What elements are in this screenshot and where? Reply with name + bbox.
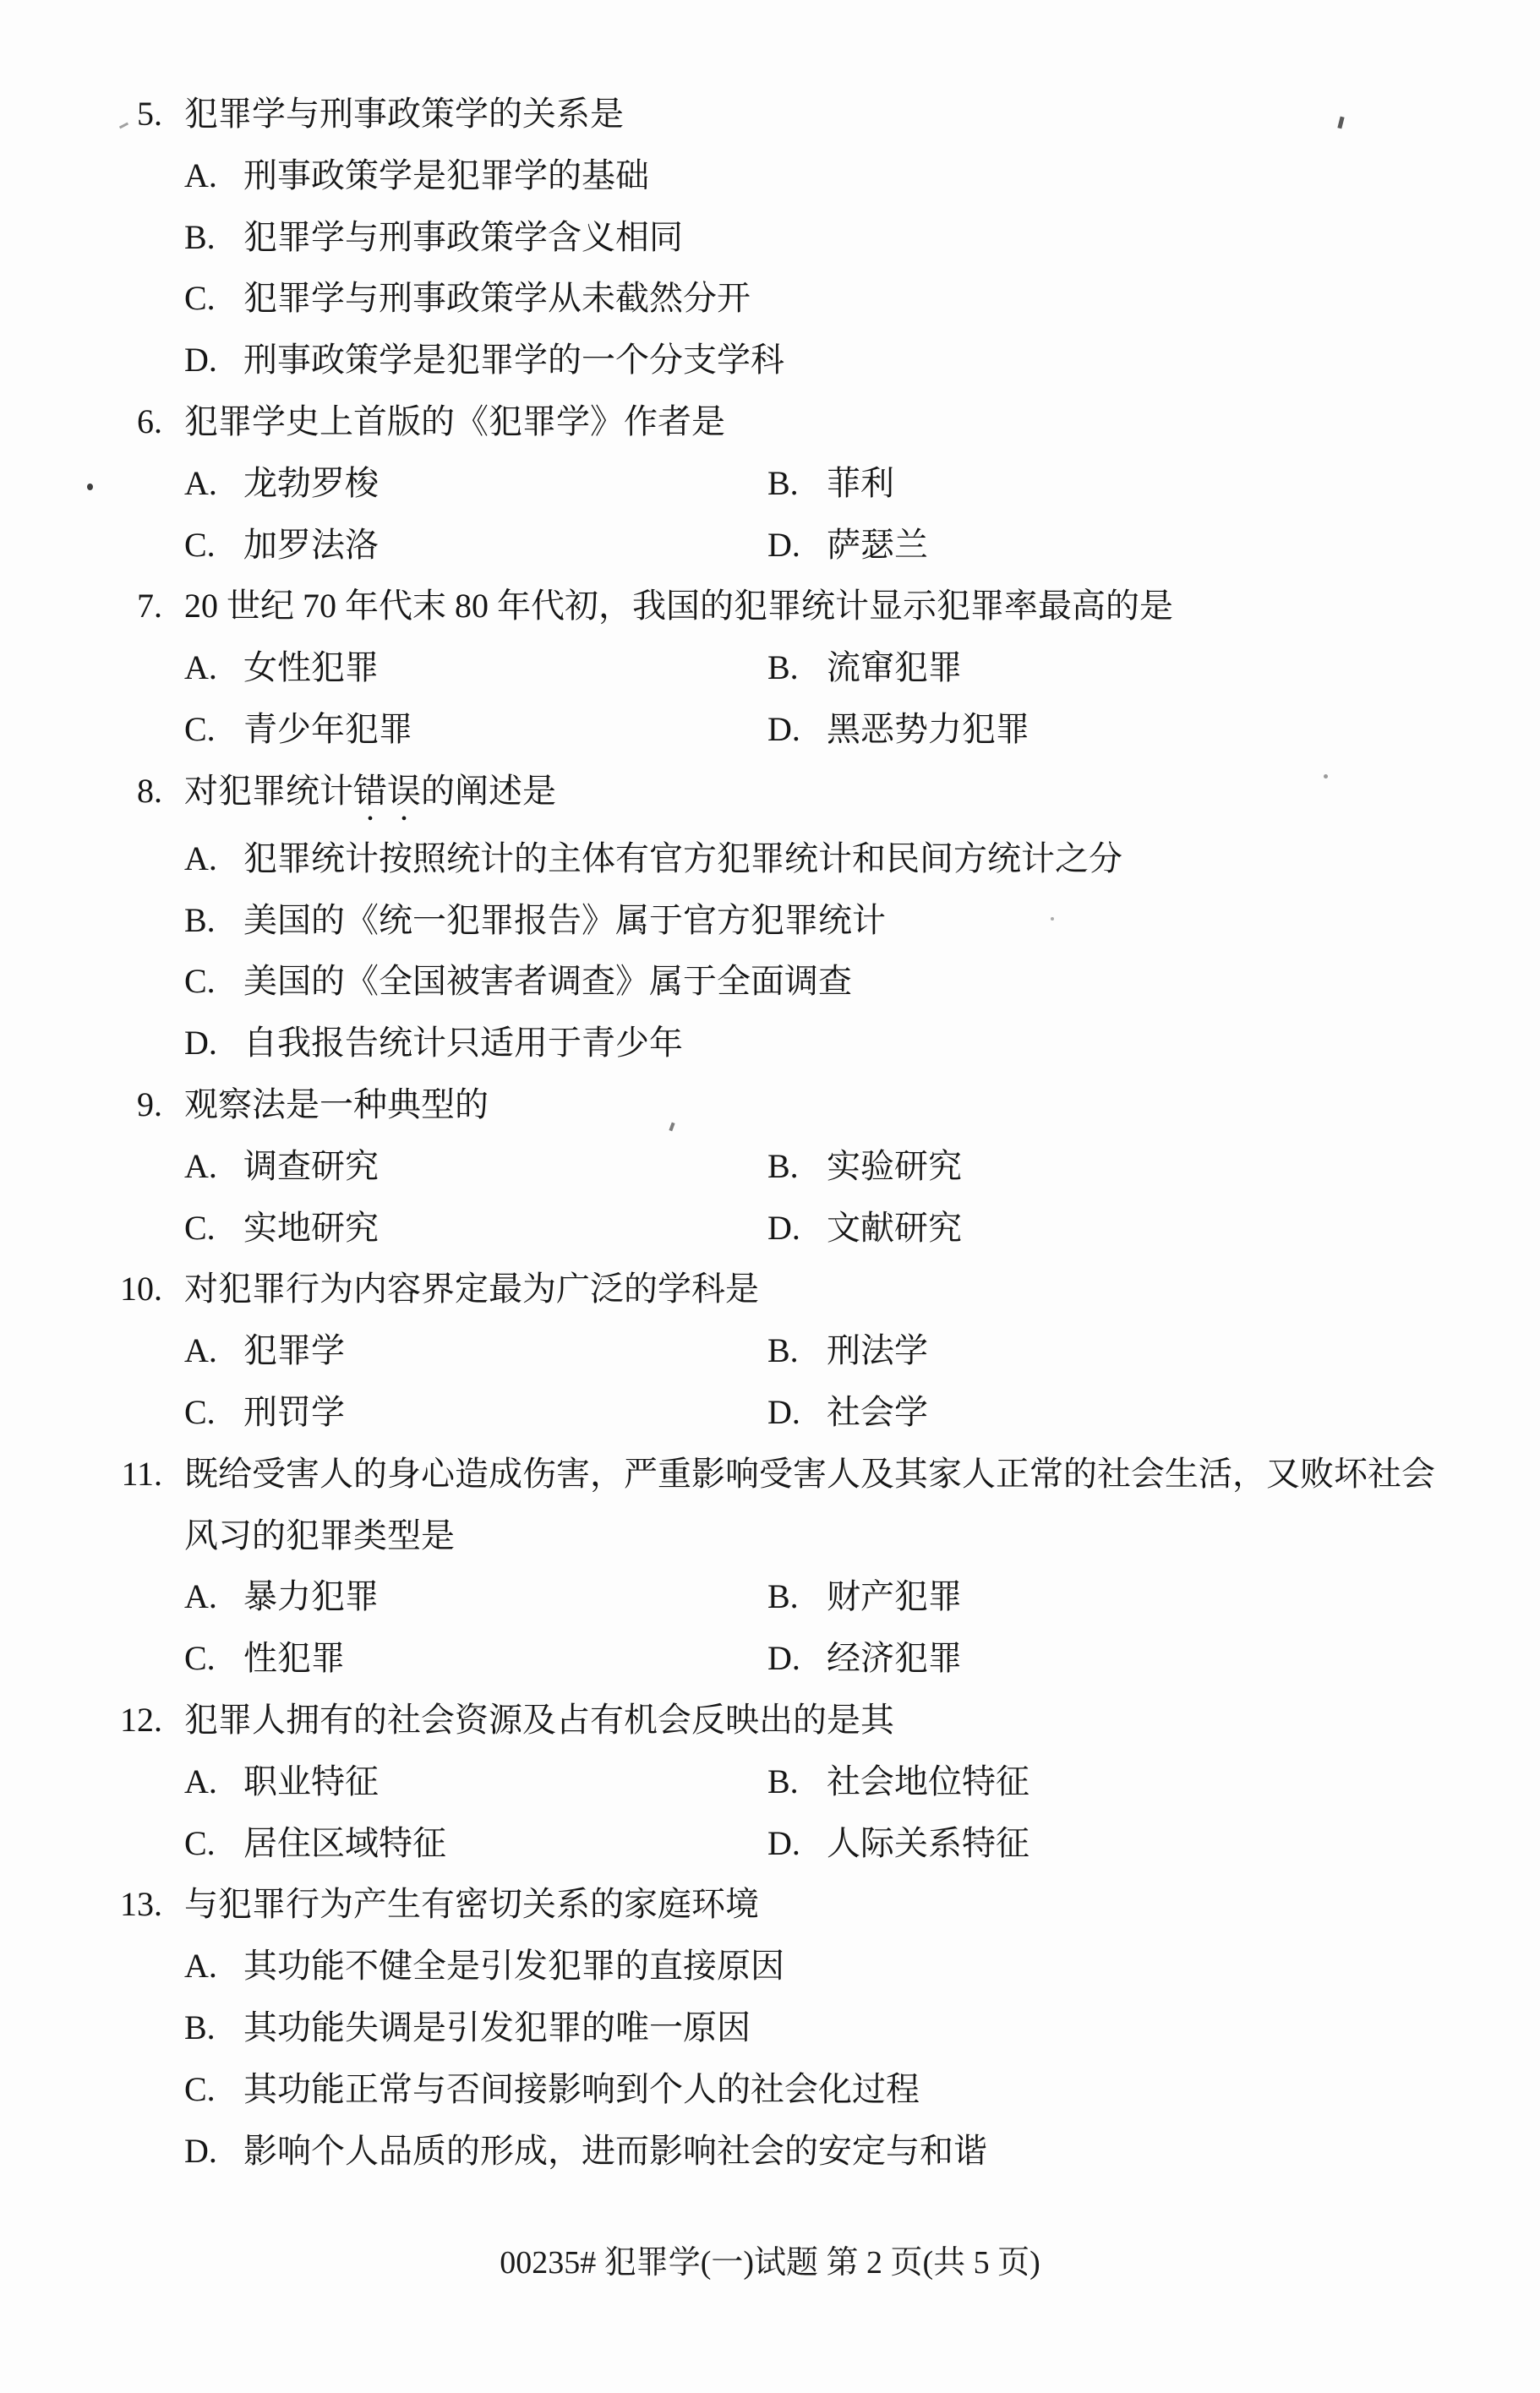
option-row: C.青少年犯罪D.黑恶势力犯罪 <box>110 699 1444 761</box>
option-row: C.实地研究D.文献研究 <box>110 1198 1444 1259</box>
option-row: A.龙勃罗梭B.菲利 <box>110 453 1444 515</box>
option-text: 菲利 <box>827 453 894 515</box>
option-letter: C. <box>184 951 243 1013</box>
option-text: 刑罚学 <box>243 1382 345 1444</box>
option: C.青少年犯罪 <box>184 699 767 761</box>
option-row: A.暴力犯罪B.财产犯罪 <box>110 1566 1444 1628</box>
option: B.刑法学 <box>767 1320 928 1382</box>
option: D.人际关系特征 <box>767 1813 1029 1875</box>
question-8: 8. 对犯罪统计错误的阐述是 A.犯罪统计按照统计的主体有官方犯罪统计和民间方统… <box>110 761 1444 1074</box>
option-row: A.其功能不健全是引发犯罪的直接原因 <box>110 1936 1444 1997</box>
option-text: 其功能不健全是引发犯罪的直接原因 <box>243 1936 784 1997</box>
option-letter: A. <box>184 1320 243 1382</box>
option-letter: A. <box>184 145 243 207</box>
question-13: 13. 与犯罪行为产生有密切关系的家庭环境 A.其功能不健全是引发犯罪的直接原因… <box>110 1874 1444 2182</box>
option: D.黑恶势力犯罪 <box>767 699 1029 761</box>
question-stem: 20 世纪 70 年代末 80 年代初，我国的犯罪统计显示犯罪率最高的是 <box>184 576 1444 637</box>
option-row: A.女性犯罪B.流窜犯罪 <box>110 637 1444 699</box>
option-letter: A. <box>184 828 243 890</box>
question-stem: 犯罪学史上首版的《犯罪学》作者是 <box>184 391 1444 453</box>
option-letter: C. <box>184 1198 243 1259</box>
option-text: 职业特征 <box>243 1751 379 1813</box>
option-letter: A. <box>184 637 243 699</box>
question-12: 12. 犯罪人拥有的社会资源及占有机会反映出的是其 A.职业特征B.社会地位特征… <box>110 1690 1444 1874</box>
option-text: 财产犯罪 <box>827 1566 962 1628</box>
option: D.萨瑟兰 <box>767 515 928 576</box>
option-letter: D. <box>184 2121 243 2183</box>
option-row: A.犯罪学B.刑法学 <box>110 1320 1444 1382</box>
option: A.调查研究 <box>184 1136 767 1198</box>
option-text: 实验研究 <box>827 1136 962 1198</box>
option-row: B.美国的《统一犯罪报告》属于官方犯罪统计 <box>110 890 1444 952</box>
option-text: 犯罪学 <box>243 1320 345 1382</box>
option-row: B.其功能失调是引发犯罪的唯一原因 <box>110 1997 1444 2059</box>
question-stem: 对犯罪统计错误的阐述是 <box>184 761 1444 828</box>
option-row: D.自我报告统计只适用于青少年 <box>110 1013 1444 1074</box>
option-row: C.其功能正常与否间接影响到个人的社会化过程 <box>110 2059 1444 2121</box>
stem-emphasis-text: 错误 <box>353 772 421 810</box>
option-text: 暴力犯罪 <box>243 1566 379 1628</box>
question-stem-row: 9. 观察法是一种典型的 <box>110 1074 1444 1136</box>
option-row: C.性犯罪D.经济犯罪 <box>110 1628 1444 1690</box>
stem-text: 20 世纪 70 年代末 80 年代初，我国的犯罪统计显示犯罪率最高的是 <box>184 587 1173 625</box>
stem-text: 犯罪学史上首版的《犯罪学》作者是 <box>184 402 725 440</box>
option: B.财产犯罪 <box>767 1566 962 1628</box>
option-text: 加罗法洛 <box>243 515 379 576</box>
option-text: 社会地位特征 <box>827 1751 1029 1813</box>
option-text: 经济犯罪 <box>827 1628 962 1690</box>
option-row: D.影响个人品质的形成，进而影响社会的安定与和谐 <box>110 2121 1444 2183</box>
option-text: 其功能失调是引发犯罪的唯一原因 <box>243 1997 751 2059</box>
option-row: A.职业特征B.社会地位特征 <box>110 1751 1444 1813</box>
option-letter: D. <box>767 1813 827 1875</box>
option-letter: B. <box>184 890 243 952</box>
question-9: 9. 观察法是一种典型的 A.调查研究B.实验研究C.实地研究D.文献研究 <box>110 1074 1444 1259</box>
stem-text: 对犯罪统计 <box>184 772 353 810</box>
question-stem: 观察法是一种典型的 <box>184 1074 1444 1136</box>
scan-artifact <box>1324 774 1328 779</box>
option-text: 实地研究 <box>243 1198 379 1259</box>
option-letter: C. <box>184 699 243 761</box>
option-text: 女性犯罪 <box>243 637 379 699</box>
option: C.犯罪学与刑事政策学从未截然分开 <box>184 268 751 330</box>
option-letter: B. <box>767 1751 827 1813</box>
page-footer: 00235# 犯罪学(一)试题 第 2 页(共 5 页) <box>0 2245 1540 2281</box>
option-text: 人际关系特征 <box>827 1813 1029 1875</box>
option-letter: C. <box>184 1813 243 1875</box>
option-text: 青少年犯罪 <box>243 699 412 761</box>
question-stem-row: 12. 犯罪人拥有的社会资源及占有机会反映出的是其 <box>110 1690 1444 1751</box>
option-text: 调查研究 <box>243 1136 379 1198</box>
option-letter: D. <box>767 1628 827 1690</box>
option: B.实验研究 <box>767 1136 962 1198</box>
option: A.犯罪统计按照统计的主体有官方犯罪统计和民间方统计之分 <box>184 828 1122 890</box>
option-row: A.调查研究B.实验研究 <box>110 1136 1444 1198</box>
option-letter: C. <box>184 1628 243 1690</box>
stem-text: 观察法是一种典型的 <box>184 1085 489 1123</box>
option-letter: A. <box>184 1751 243 1813</box>
option-text: 自我报告统计只适用于青少年 <box>243 1013 683 1074</box>
stem-text: 犯罪学与刑事政策学的关系是 <box>184 95 624 133</box>
option: C.居住区域特征 <box>184 1813 767 1875</box>
question-stem-row: 8. 对犯罪统计错误的阐述是 <box>110 761 1444 828</box>
question-stem-row: 6. 犯罪学史上首版的《犯罪学》作者是 <box>110 391 1444 453</box>
option: A.龙勃罗梭 <box>184 453 767 515</box>
question-stem: 犯罪人拥有的社会资源及占有机会反映出的是其 <box>184 1690 1444 1751</box>
option: A.职业特征 <box>184 1751 767 1813</box>
stem-text: 的阐述是 <box>421 772 556 810</box>
option-row: A.犯罪统计按照统计的主体有官方犯罪统计和民间方统计之分 <box>110 828 1444 890</box>
option-row: C.居住区域特征D.人际关系特征 <box>110 1813 1444 1875</box>
option-letter: D. <box>184 1013 243 1074</box>
option-letter: D. <box>767 1198 827 1259</box>
option-row: C.加罗法洛D.萨瑟兰 <box>110 515 1444 576</box>
question-stem-row: 10. 对犯罪行为内容界定最为广泛的学科是 <box>110 1259 1444 1320</box>
option-letter: C. <box>184 268 243 330</box>
option: B.菲利 <box>767 453 894 515</box>
option-text: 犯罪学与刑事政策学从未截然分开 <box>243 268 751 330</box>
option-letter: D. <box>767 699 827 761</box>
option: B.社会地位特征 <box>767 1751 1029 1813</box>
question-number: 6. <box>110 391 162 453</box>
question-number: 8. <box>110 761 162 822</box>
option-text: 龙勃罗梭 <box>243 453 379 515</box>
option-row: A.刑事政策学是犯罪学的基础 <box>110 145 1444 207</box>
option: B.犯罪学与刑事政策学含义相同 <box>184 207 683 269</box>
question-number: 5. <box>110 84 162 145</box>
question-10: 10. 对犯罪行为内容界定最为广泛的学科是 A.犯罪学B.刑法学C.刑罚学D.社… <box>110 1259 1444 1443</box>
option-letter: A. <box>184 1566 243 1628</box>
question-stem-row: 11. 既给受害人的身心造成伤害，严重影响受害人及其家人正常的社会生活，又败坏社… <box>110 1444 1444 1567</box>
question-stem: 既给受害人的身心造成伤害，严重影响受害人及其家人正常的社会生活，又败坏社会风习的… <box>184 1444 1444 1567</box>
question-7: 7. 20 世纪 70 年代末 80 年代初，我国的犯罪统计显示犯罪率最高的是 … <box>110 576 1444 760</box>
option-text: 黑恶势力犯罪 <box>827 699 1029 761</box>
option-text: 文献研究 <box>827 1198 962 1259</box>
option-text: 刑事政策学是犯罪学的一个分支学科 <box>243 330 784 391</box>
option-letter: C. <box>184 515 243 576</box>
question-11: 11. 既给受害人的身心造成伤害，严重影响受害人及其家人正常的社会生活，又败坏社… <box>110 1444 1444 1690</box>
scan-artifact <box>1051 917 1054 921</box>
option-letter: D. <box>184 330 243 391</box>
option: A.女性犯罪 <box>184 637 767 699</box>
question-stem: 与犯罪行为产生有密切关系的家庭环境 <box>184 1874 1444 1936</box>
option-row: C.美国的《全国被害者调查》属于全面调查 <box>110 951 1444 1013</box>
option: D.刑事政策学是犯罪学的一个分支学科 <box>184 330 784 391</box>
option-text: 流窜犯罪 <box>827 637 962 699</box>
option: C.美国的《全国被害者调查》属于全面调查 <box>184 951 852 1013</box>
exam-page: 5. 犯罪学与刑事政策学的关系是 A.刑事政策学是犯罪学的基础B.犯罪学与刑事政… <box>0 0 1540 2393</box>
option-letter: B. <box>767 1566 827 1628</box>
option-text: 刑事政策学是犯罪学的基础 <box>243 145 649 207</box>
option-letter: B. <box>184 1997 243 2059</box>
option: C.加罗法洛 <box>184 515 767 576</box>
option-letter: C. <box>184 2059 243 2121</box>
option-text: 美国的《全国被害者调查》属于全面调查 <box>243 951 852 1013</box>
option-text: 社会学 <box>827 1382 928 1444</box>
stem-text: 犯罪人拥有的社会资源及占有机会反映出的是其 <box>184 1701 894 1739</box>
question-number: 11. <box>110 1444 162 1505</box>
option: D.文献研究 <box>767 1198 962 1259</box>
option-text: 犯罪学与刑事政策学含义相同 <box>243 207 683 269</box>
question-stem: 犯罪学与刑事政策学的关系是 <box>184 84 1444 145</box>
option: B.其功能失调是引发犯罪的唯一原因 <box>184 1997 751 2059</box>
option-row: C.犯罪学与刑事政策学从未截然分开 <box>110 268 1444 330</box>
question-number: 7. <box>110 576 162 637</box>
option-letter: D. <box>767 515 827 576</box>
option-letter: D. <box>767 1382 827 1444</box>
option: B.美国的《统一犯罪报告》属于官方犯罪统计 <box>184 890 886 952</box>
option: A.刑事政策学是犯罪学的基础 <box>184 145 649 207</box>
question-6: 6. 犯罪学史上首版的《犯罪学》作者是 A.龙勃罗梭B.菲利C.加罗法洛D.萨瑟… <box>110 391 1444 576</box>
scan-artifact <box>87 484 93 490</box>
option: D.经济犯罪 <box>767 1628 962 1690</box>
option-letter: B. <box>767 1320 827 1382</box>
option-letter: B. <box>184 207 243 269</box>
question-5: 5. 犯罪学与刑事政策学的关系是 A.刑事政策学是犯罪学的基础B.犯罪学与刑事政… <box>110 84 1444 391</box>
question-stem-row: 5. 犯罪学与刑事政策学的关系是 <box>110 84 1444 145</box>
option: A.犯罪学 <box>184 1320 767 1382</box>
option-letter: B. <box>767 637 827 699</box>
option: C.刑罚学 <box>184 1382 767 1444</box>
option-text: 性犯罪 <box>243 1628 345 1690</box>
option-letter: C. <box>184 1382 243 1444</box>
option-row: B.犯罪学与刑事政策学含义相同 <box>110 207 1444 269</box>
option: C.性犯罪 <box>184 1628 767 1690</box>
option-letter: B. <box>767 453 827 515</box>
option-letter: A. <box>184 453 243 515</box>
question-number: 9. <box>110 1074 162 1136</box>
option-text: 影响个人品质的形成，进而影响社会的安定与和谐 <box>243 2121 987 2183</box>
question-number: 12. <box>110 1690 162 1751</box>
stem-text: 既给受害人的身心造成伤害，严重影响受害人及其家人正常的社会生活，又败坏社会风习的… <box>184 1455 1435 1554</box>
stem-text: 对犯罪行为内容界定最为广泛的学科是 <box>184 1270 759 1308</box>
option: D.社会学 <box>767 1382 928 1444</box>
question-stem-row: 13. 与犯罪行为产生有密切关系的家庭环境 <box>110 1874 1444 1936</box>
option-text: 犯罪统计按照统计的主体有官方犯罪统计和民间方统计之分 <box>243 828 1122 890</box>
option-text: 萨瑟兰 <box>827 515 928 576</box>
option-text: 刑法学 <box>827 1320 928 1382</box>
option: B.流窜犯罪 <box>767 637 962 699</box>
option-letter: A. <box>184 1136 243 1198</box>
question-list: 5. 犯罪学与刑事政策学的关系是 A.刑事政策学是犯罪学的基础B.犯罪学与刑事政… <box>0 0 1540 2182</box>
option: D.影响个人品质的形成，进而影响社会的安定与和谐 <box>184 2121 987 2183</box>
option-text: 其功能正常与否间接影响到个人的社会化过程 <box>243 2059 920 2121</box>
option: A.其功能不健全是引发犯罪的直接原因 <box>184 1936 784 1997</box>
option-row: C.刑罚学D.社会学 <box>110 1382 1444 1444</box>
option: C.其功能正常与否间接影响到个人的社会化过程 <box>184 2059 920 2121</box>
option: A.暴力犯罪 <box>184 1566 767 1628</box>
question-number: 13. <box>110 1874 162 1936</box>
question-number: 10. <box>110 1259 162 1320</box>
option-row: D.刑事政策学是犯罪学的一个分支学科 <box>110 330 1444 391</box>
stem-text: 与犯罪行为产生有密切关系的家庭环境 <box>184 1885 759 1923</box>
option: D.自我报告统计只适用于青少年 <box>184 1013 683 1074</box>
question-stem-row: 7. 20 世纪 70 年代末 80 年代初，我国的犯罪统计显示犯罪率最高的是 <box>110 576 1444 637</box>
option-text: 居住区域特征 <box>243 1813 446 1875</box>
question-stem: 对犯罪行为内容界定最为广泛的学科是 <box>184 1259 1444 1320</box>
option-text: 美国的《统一犯罪报告》属于官方犯罪统计 <box>243 890 886 952</box>
option-letter: A. <box>184 1936 243 1997</box>
option-letter: B. <box>767 1136 827 1198</box>
option: C.实地研究 <box>184 1198 767 1259</box>
